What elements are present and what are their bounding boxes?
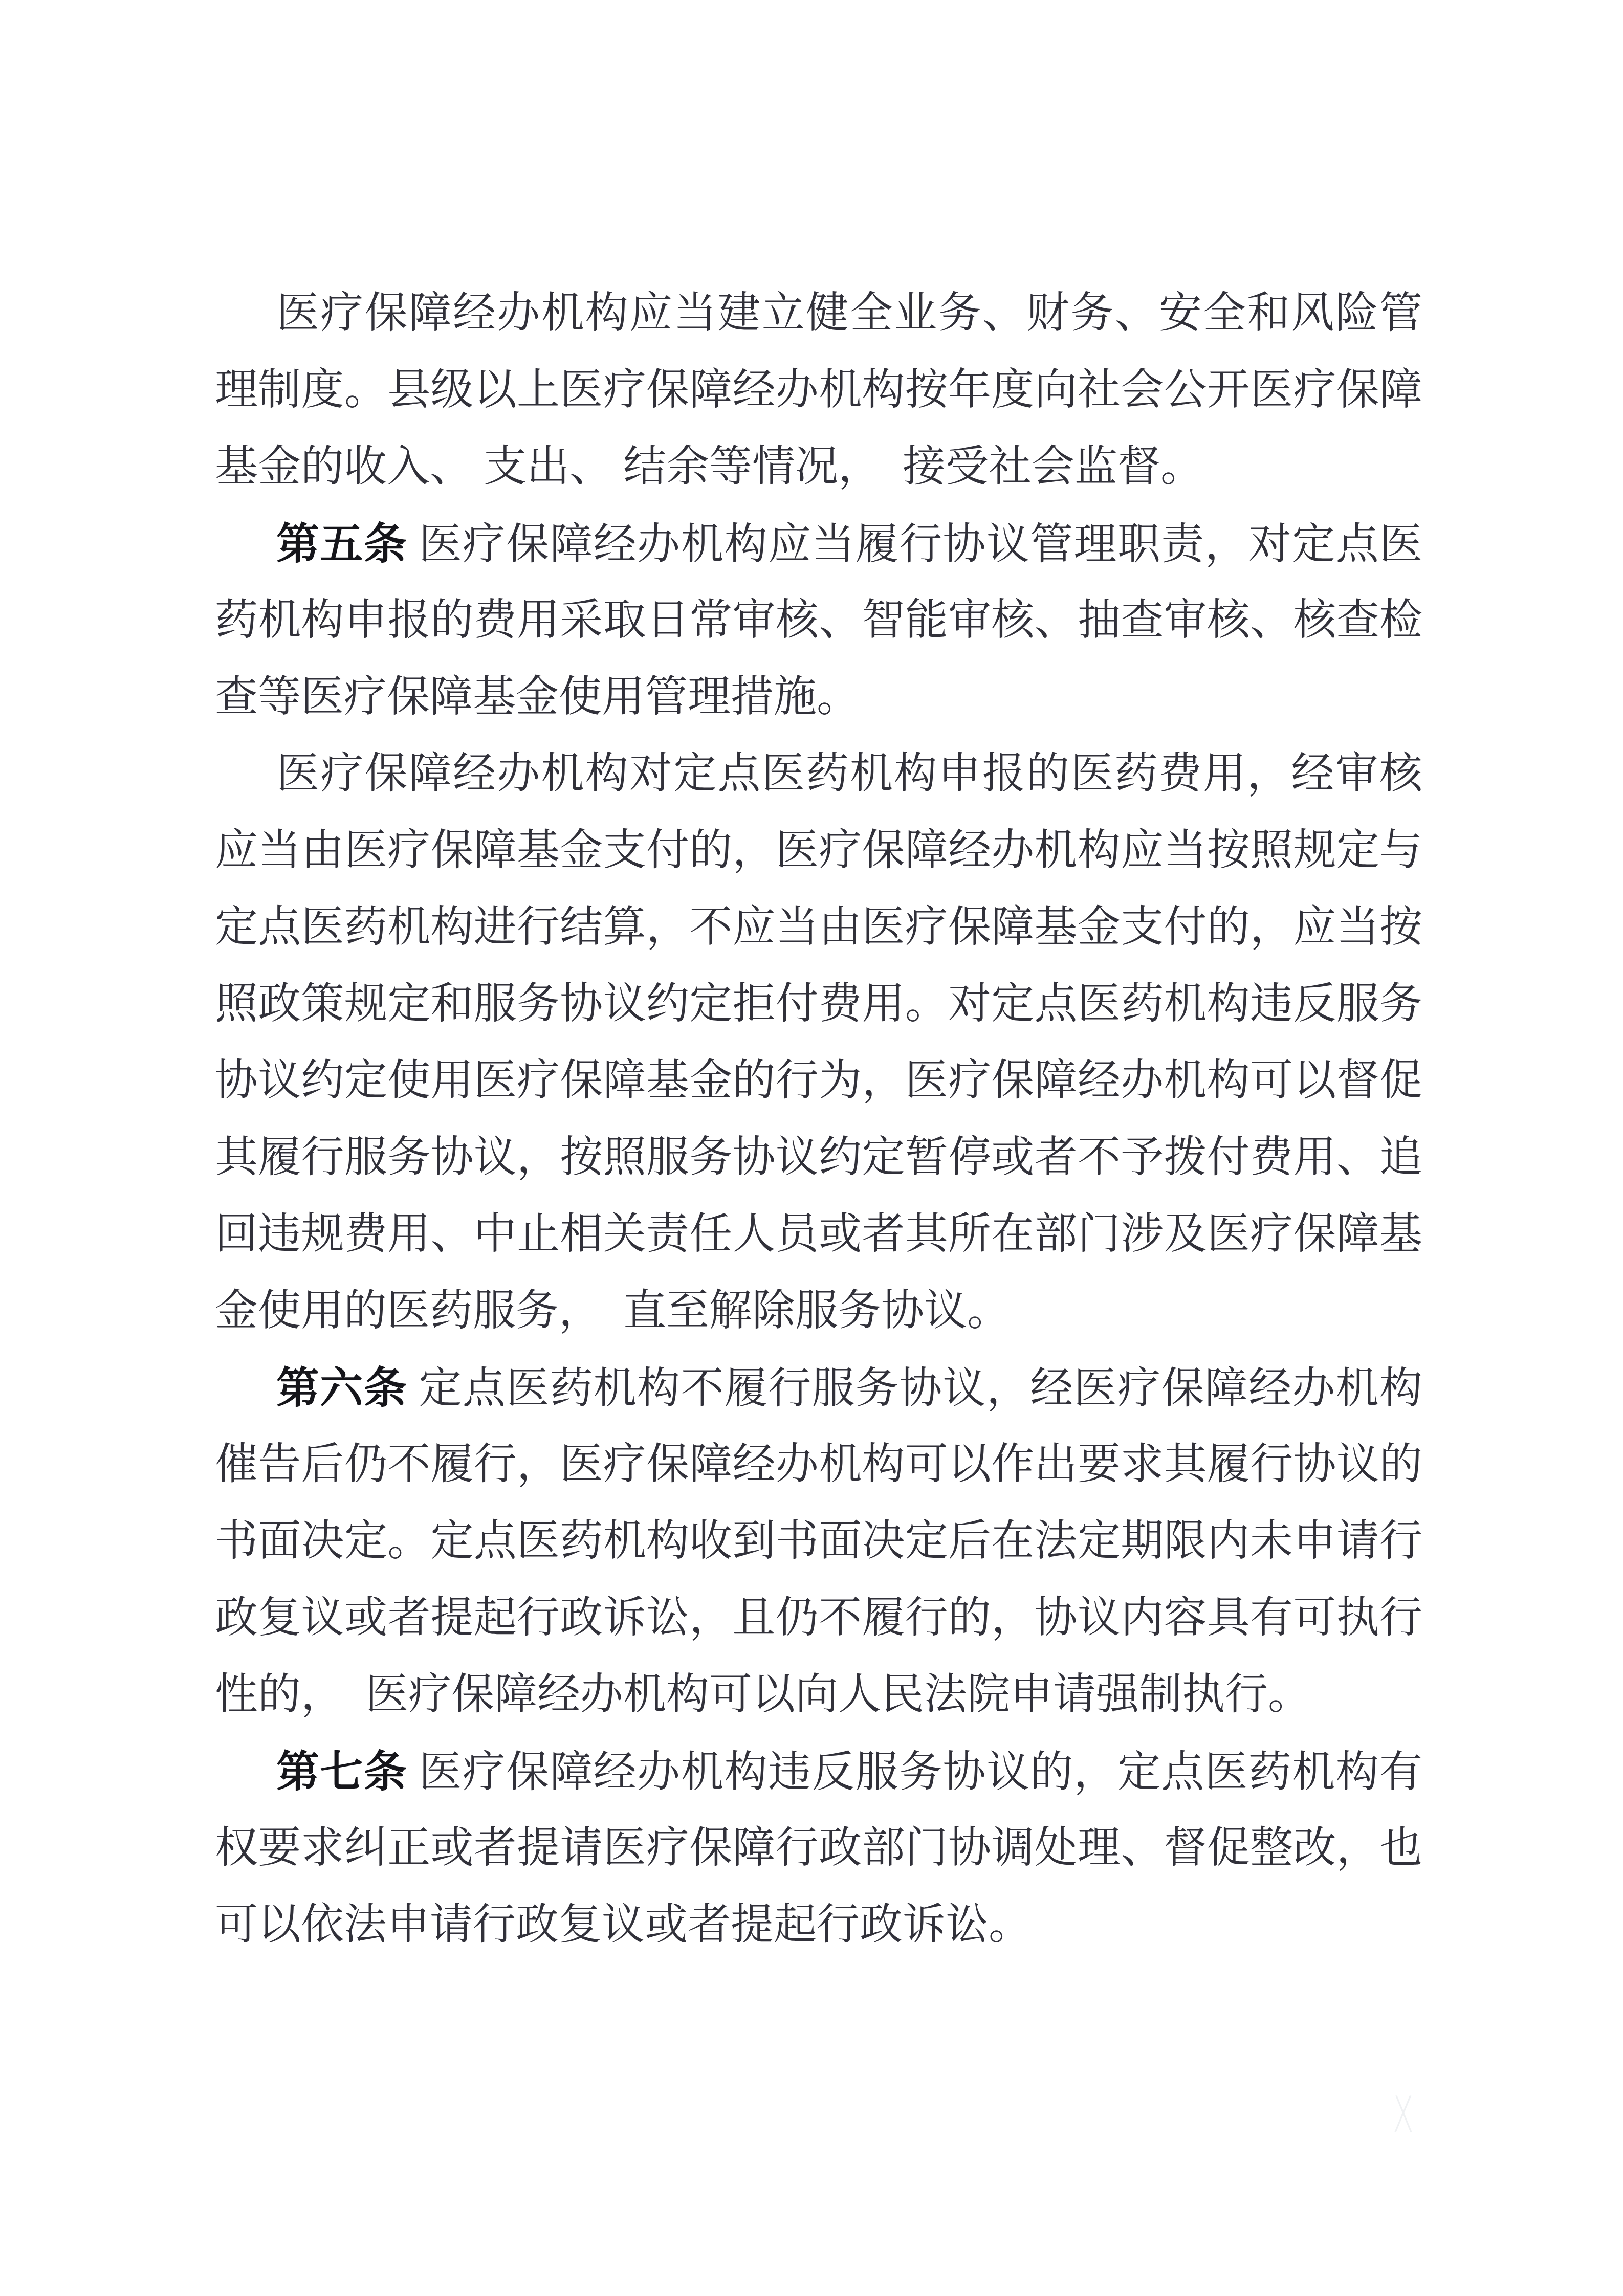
line-text: 定点医药机构不履行服务协议，经医疗保障经办机构 — [407, 1365, 1422, 1412]
paragraph: 医疗保障经办机构应当建立健全业务、财务、安全和风险管理制度。县级以上医疗保障经办… — [215, 275, 1422, 505]
text-line: 医疗保障经办机构对定点医药机构申报的医药费用，经审核 — [215, 736, 1422, 812]
paragraph: 第五条 医疗保障经办机构应当履行协议管理职责，对定点医药机构申报的费用采取日常审… — [215, 505, 1422, 736]
text-line: 催告后仍不履行，医疗保障经办机构可以作出要求其履行协议的 — [215, 1426, 1422, 1503]
line-text: 政复议或者提起行政诉讼，且仍不履行的，协议内容具有可执行 — [215, 1594, 1422, 1642]
text-line: 可以依法申请行政复议或者提起行政诉讼。 — [215, 1887, 1422, 1963]
text-line: 第五条 医疗保障经办机构应当履行协议管理职责，对定点医 — [215, 505, 1422, 582]
article-number: 第七条 — [276, 1748, 407, 1796]
text-line: 照政策规定和服务协议约定拒付费用。对定点医药机构违反服务 — [215, 966, 1422, 1043]
text-line: 金使用的医药服务， 直至解除服务协议。 — [215, 1273, 1422, 1350]
line-text: 定点医药机构进行结算，不应当由医疗保障基金支付的，应当按 — [215, 903, 1422, 951]
line-text: 医疗保障经办机构对定点医药机构申报的医药费用，经审核 — [276, 750, 1422, 798]
line-text: 基金的收入、 支出、 结余等情况， 接受社会监督。 — [215, 443, 1203, 491]
line-text: 查等医疗保障基金使用管理措施。 — [215, 673, 860, 721]
line-text: 性的， 医疗保障经办机构可以向人民法院申请强制执行。 — [215, 1671, 1311, 1718]
line-text: 协议约定使用医疗保障基金的行为，医疗保障经办机构可以督促 — [215, 1057, 1422, 1105]
line-text: 理制度。县级以上医疗保障经办机构按年度向社会公开医疗保障 — [215, 366, 1422, 414]
text-line: 查等医疗保障基金使用管理措施。 — [215, 659, 1422, 736]
text-line: 第七条 医疗保障经办机构违反服务协议的，定点医药机构有 — [215, 1733, 1422, 1810]
text-line: 应当由医疗保障基金支付的，医疗保障经办机构应当按照规定与 — [215, 812, 1422, 889]
text-line: 协议约定使用医疗保障基金的行为，医疗保障经办机构可以督促 — [215, 1043, 1422, 1119]
line-text: 医疗保障经办机构违反服务协议的，定点医药机构有 — [407, 1749, 1422, 1796]
text-line: 理制度。县级以上医疗保障经办机构按年度向社会公开医疗保障 — [215, 352, 1422, 429]
line-text: 回违规费用、中止相关责任人员或者其所在部门涉及医疗保障基 — [215, 1210, 1422, 1258]
line-text: 其履行服务协议，按照服务协议约定暂停或者不予拨付费用、追 — [215, 1134, 1422, 1181]
line-text: 照政策规定和服务协议约定拒付费用。对定点医药机构违反服务 — [215, 980, 1422, 1028]
text-line: 第六条 定点医药机构不履行服务协议，经医疗保障经办机构 — [215, 1350, 1422, 1426]
line-text: 可以依法申请行政复议或者提起行政诉讼。 — [215, 1901, 1032, 1949]
paragraph: 第六条 定点医药机构不履行服务协议，经医疗保障经办机构催告后仍不履行，医疗保障经… — [215, 1350, 1422, 1733]
paragraph: 第七条 医疗保障经办机构违反服务协议的，定点医药机构有权要求纠正或者提请医疗保障… — [215, 1733, 1422, 1963]
line-text: 金使用的医药服务， 直至解除服务协议。 — [215, 1287, 1010, 1335]
text-line: 基金的收入、 支出、 结余等情况， 接受社会监督。 — [215, 429, 1422, 505]
document-page: 医疗保障经办机构应当建立健全业务、财务、安全和风险管理制度。县级以上医疗保障经办… — [0, 0, 1623, 2296]
text-line: 定点医药机构进行结算，不应当由医疗保障基金支付的，应当按 — [215, 889, 1422, 966]
text-line: 回违规费用、中止相关责任人员或者其所在部门涉及医疗保障基 — [215, 1196, 1422, 1273]
text-line: 药机构申报的费用采取日常审核、智能审核、抽查审核、核查检 — [215, 582, 1422, 659]
paragraph: 医疗保障经办机构对定点医药机构申报的医药费用，经审核应当由医疗保障基金支付的，医… — [215, 736, 1422, 1350]
line-text: 应当由医疗保障基金支付的，医疗保障经办机构应当按照规定与 — [215, 827, 1422, 874]
line-text: 医疗保障经办机构应当建立健全业务、财务、安全和风险管 — [276, 290, 1422, 337]
text-line: 医疗保障经办机构应当建立健全业务、财务、安全和风险管 — [215, 275, 1422, 352]
text-line: 政复议或者提起行政诉讼，且仍不履行的，协议内容具有可执行 — [215, 1580, 1422, 1657]
text-line: 其履行服务协议，按照服务协议约定暂停或者不予拨付费用、追 — [215, 1119, 1422, 1196]
line-text: 催告后仍不履行，医疗保障经办机构可以作出要求其履行协议的 — [215, 1441, 1422, 1488]
article-number: 第六条 — [276, 1364, 407, 1412]
line-text: 药机构申报的费用采取日常审核、智能审核、抽查审核、核查检 — [215, 597, 1422, 644]
document-text: 医疗保障经办机构应当建立健全业务、财务、安全和风险管理制度。县级以上医疗保障经办… — [215, 275, 1422, 1963]
line-text: 权要求纠正或者提请医疗保障行政部门协调处理、督促整改，也 — [215, 1824, 1422, 1872]
article-number: 第五条 — [276, 520, 407, 568]
line-text: 医疗保障经办机构应当履行协议管理职责，对定点医 — [407, 521, 1422, 568]
text-line: 性的， 医疗保障经办机构可以向人民法院申请强制执行。 — [215, 1657, 1422, 1733]
watermark-x-mark: X — [1393, 2090, 1414, 2139]
text-line: 权要求纠正或者提请医疗保障行政部门协调处理、督促整改，也 — [215, 1810, 1422, 1887]
line-text: 书面决定。定点医药机构收到书面决定后在法定期限内未申请行 — [215, 1517, 1422, 1565]
text-line: 书面决定。定点医药机构收到书面决定后在法定期限内未申请行 — [215, 1503, 1422, 1580]
